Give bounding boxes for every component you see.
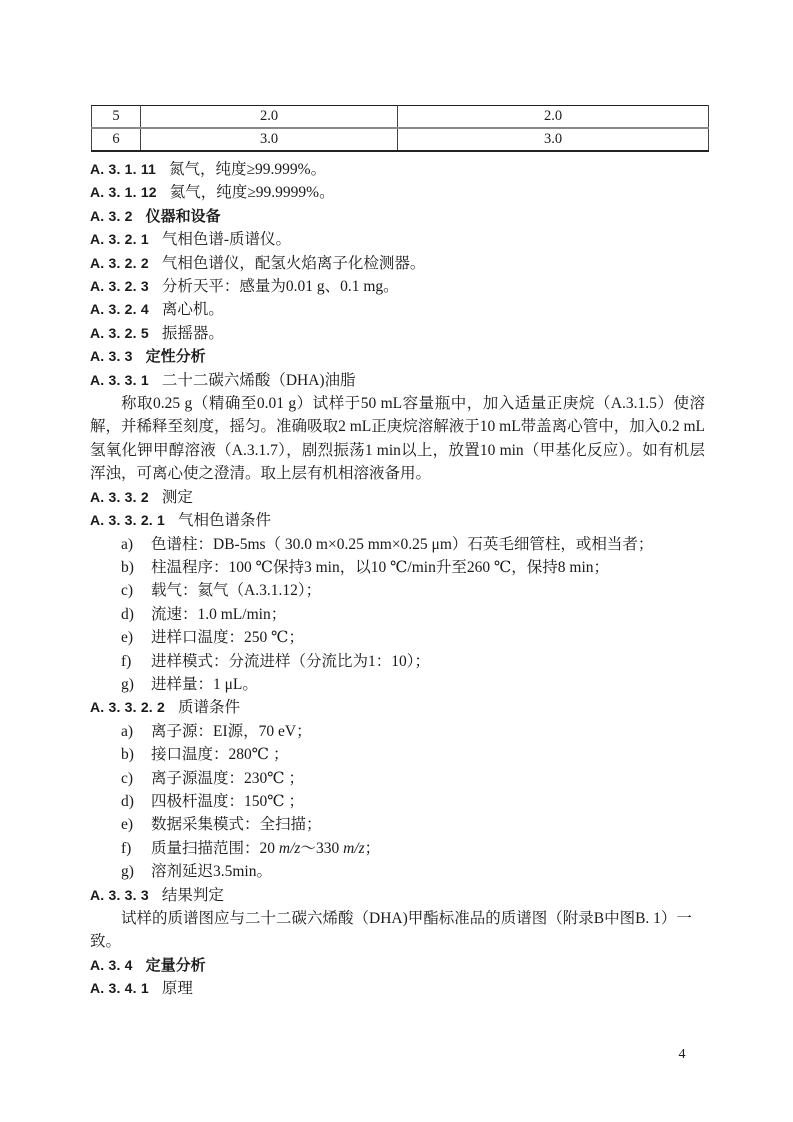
list-text: 离子源温度：230℃ ； bbox=[151, 770, 304, 787]
clause-number: A. 3. 4. 1 bbox=[90, 980, 149, 996]
list-text: 离子源：EI源，70 eV； bbox=[151, 723, 312, 740]
gc-condition-item-c: c)载气：氦气（A.3.1.12）； bbox=[90, 579, 705, 602]
list-text: ～330 bbox=[300, 840, 343, 857]
list-label: f) bbox=[121, 837, 151, 860]
clause-text: 原理 bbox=[162, 980, 193, 997]
list-text: 柱温程序：100 ℃保持3 min，以10 ℃/min升至260 ℃，保持8 m… bbox=[151, 559, 609, 576]
mz-symbol: m/z bbox=[343, 840, 365, 857]
gc-condition-item-f: f)进样模式：分流进样（分流比为1：10）； bbox=[90, 650, 705, 673]
clause-a3-2-5: A. 3. 2. 5振摇器。 bbox=[90, 322, 705, 345]
clause-a3-2-2: A. 3. 2. 2气相色谱仪，配氢火焰离子化检测器。 bbox=[90, 252, 705, 275]
ms-condition-item-g: g)溶剂延迟3.5min。 bbox=[90, 860, 705, 883]
list-text: 数据采集模式：全扫描； bbox=[151, 816, 322, 833]
gc-condition-item-g: g)进样量：1 μL。 bbox=[90, 673, 705, 696]
list-text: 流速：1.0 mL/min； bbox=[151, 606, 286, 623]
clause-text: 二十二碳六烯酸（DHA)油脂 bbox=[162, 372, 356, 389]
clause-text: 氦气，纯度≥99.9999%。 bbox=[170, 184, 335, 201]
gc-condition-item-d: d)流速：1.0 mL/min； bbox=[90, 603, 705, 626]
list-label: d) bbox=[121, 603, 151, 626]
list-label: a) bbox=[121, 533, 151, 556]
ms-condition-item-e: e)数据采集模式：全扫描； bbox=[90, 813, 705, 836]
list-label: g) bbox=[121, 860, 151, 883]
table-cell-value2: 2.0 bbox=[398, 106, 709, 129]
clause-text: 结果判定 bbox=[162, 887, 224, 904]
clause-number: A. 3. 1. 11 bbox=[90, 161, 156, 177]
ms-condition-item-f: f)质量扫描范围：20 m/z～330 m/z； bbox=[90, 837, 705, 860]
clause-number: A. 3. 3. 1 bbox=[90, 372, 149, 388]
clause-a3-2-4: A. 3. 2. 4离心机。 bbox=[90, 298, 705, 321]
table-cell-value1: 3.0 bbox=[141, 128, 398, 151]
heading-a3-3: A. 3. 3定性分析 bbox=[90, 345, 705, 368]
list-text: 溶剂延迟3.5min。 bbox=[151, 863, 272, 880]
clause-text: 气相色谱-质谱仪。 bbox=[162, 231, 291, 248]
list-label: f) bbox=[121, 650, 151, 673]
clause-text: 氮气，纯度≥99.999%。 bbox=[169, 161, 326, 178]
clause-number: A. 3. 4 bbox=[90, 957, 133, 973]
list-text: 接口温度：280℃ ； bbox=[151, 746, 288, 763]
list-text: ； bbox=[365, 840, 381, 857]
table-cell-value1: 2.0 bbox=[141, 106, 398, 129]
list-text: 质量扫描范围：20 bbox=[151, 840, 279, 857]
clause-number: A. 3. 1. 12 bbox=[90, 184, 157, 200]
mz-symbol: m/z bbox=[279, 840, 301, 857]
table-row: 5 2.0 2.0 bbox=[92, 106, 709, 129]
list-label: a) bbox=[121, 720, 151, 743]
table-row: 6 3.0 3.0 bbox=[92, 128, 709, 151]
dilution-table: 5 2.0 2.0 6 3.0 3.0 bbox=[91, 105, 709, 152]
clause-number: A. 3. 2. 5 bbox=[90, 325, 149, 341]
ms-condition-item-c: c)离子源温度：230℃ ； bbox=[90, 767, 705, 790]
heading-text: 仪器和设备 bbox=[146, 208, 221, 225]
document-body: A. 3. 1. 11氮气，纯度≥99.999%。 A. 3. 1. 12氦气，… bbox=[90, 158, 705, 1001]
clause-number: A. 3. 2 bbox=[90, 208, 133, 224]
list-text: 四极杆温度：150℃ ； bbox=[151, 793, 304, 810]
list-label: c) bbox=[121, 579, 151, 602]
clause-text: 分析天平：感量为0.01 g、0.1 mg。 bbox=[162, 278, 399, 295]
clause-a3-2-1: A. 3. 2. 1气相色谱-质谱仪。 bbox=[90, 228, 705, 251]
gc-condition-item-b: b)柱温程序：100 ℃保持3 min，以10 ℃/min升至260 ℃，保持8… bbox=[90, 556, 705, 579]
table-cell-row-no: 6 bbox=[92, 128, 141, 151]
list-label: g) bbox=[121, 673, 151, 696]
clause-number: A. 3. 2. 3 bbox=[90, 278, 149, 294]
list-text: 进样量：1 μL。 bbox=[151, 676, 258, 693]
clause-a3-1-11: A. 3. 1. 11氮气，纯度≥99.999%。 bbox=[90, 158, 705, 181]
clause-number: A. 3. 3. 2. 1 bbox=[90, 512, 165, 528]
list-text: 进样模式：分流进样（分流比为1：10）； bbox=[151, 653, 430, 670]
ms-condition-item-d: d)四极杆温度：150℃ ； bbox=[90, 790, 705, 813]
clause-a3-3-2: A. 3. 3. 2测定 bbox=[90, 486, 705, 509]
clause-text: 振摇器。 bbox=[162, 325, 224, 342]
list-label: b) bbox=[121, 743, 151, 766]
clause-number: A. 3. 2. 2 bbox=[90, 255, 149, 271]
list-text: 色谱柱：DB-5ms（ 30.0 m×0.25 mm×0.25 μm）石英毛细管… bbox=[151, 536, 653, 553]
ms-condition-item-a: a)离子源：EI源，70 eV； bbox=[90, 720, 705, 743]
list-text: 载气：氦气（A.3.1.12）； bbox=[151, 582, 321, 599]
list-label: d) bbox=[121, 790, 151, 813]
clause-number: A. 3. 3. 2 bbox=[90, 489, 149, 505]
clause-number: A. 3. 2. 1 bbox=[90, 231, 149, 247]
clause-a3-1-12: A. 3. 1. 12氦气，纯度≥99.9999%。 bbox=[90, 181, 705, 204]
paragraph-sample-preparation: 称取0.25 g（精确至0.01 g）试样于50 mL容量瓶中，加入适量正庚烷（… bbox=[90, 392, 705, 486]
list-label: c) bbox=[121, 767, 151, 790]
clause-text: 气相色谱条件 bbox=[178, 512, 271, 529]
document-page: 5 2.0 2.0 6 3.0 3.0 A. 3. 1. 11氮气，纯度≥99.… bbox=[0, 0, 793, 1122]
clause-text: 测定 bbox=[162, 489, 193, 506]
clause-a3-3-3: A. 3. 3. 3结果判定 bbox=[90, 884, 705, 907]
list-label: e) bbox=[121, 813, 151, 836]
clause-text: 气相色谱仪，配氢火焰离子化检测器。 bbox=[162, 255, 426, 272]
list-label: b) bbox=[121, 556, 151, 579]
clause-a3-2-3: A. 3. 2. 3分析天平：感量为0.01 g、0.1 mg。 bbox=[90, 275, 705, 298]
list-label: e) bbox=[121, 626, 151, 649]
clause-a3-3-1: A. 3. 3. 1二十二碳六烯酸（DHA)油脂 bbox=[90, 369, 705, 392]
list-text: 进样口温度：250 ℃； bbox=[151, 629, 304, 646]
gc-condition-item-a: a)色谱柱：DB-5ms（ 30.0 m×0.25 mm×0.25 μm）石英毛… bbox=[90, 533, 705, 556]
table-cell-row-no: 5 bbox=[92, 106, 141, 129]
clause-number: A. 3. 3 bbox=[90, 348, 133, 364]
clause-a3-3-2-1: A. 3. 3. 2. 1气相色谱条件 bbox=[90, 509, 705, 532]
heading-text: 定性分析 bbox=[146, 348, 206, 365]
paragraph-result-judgement: 试样的质谱图应与二十二碳六烯酸（DHA)甲酯标准品的质谱图（附录B中图B. 1）… bbox=[90, 907, 705, 954]
clause-number: A. 3. 2. 4 bbox=[90, 301, 149, 317]
ms-condition-item-b: b)接口温度：280℃ ； bbox=[90, 743, 705, 766]
clause-number: A. 3. 3. 2. 2 bbox=[90, 699, 165, 715]
heading-a3-4: A. 3. 4定量分析 bbox=[90, 954, 705, 977]
clause-a3-3-2-2: A. 3. 3. 2. 2质谱条件 bbox=[90, 696, 705, 719]
heading-text: 定量分析 bbox=[146, 957, 206, 974]
clause-text: 质谱条件 bbox=[178, 699, 240, 716]
clause-number: A. 3. 3. 3 bbox=[90, 887, 149, 903]
table-cell-value2: 3.0 bbox=[398, 128, 709, 151]
clause-text: 离心机。 bbox=[162, 301, 224, 318]
page-number: 4 bbox=[672, 1047, 692, 1063]
heading-a3-2: A. 3. 2仪器和设备 bbox=[90, 205, 705, 228]
gc-condition-item-e: e)进样口温度：250 ℃； bbox=[90, 626, 705, 649]
clause-a3-4-1: A. 3. 4. 1原理 bbox=[90, 977, 705, 1000]
